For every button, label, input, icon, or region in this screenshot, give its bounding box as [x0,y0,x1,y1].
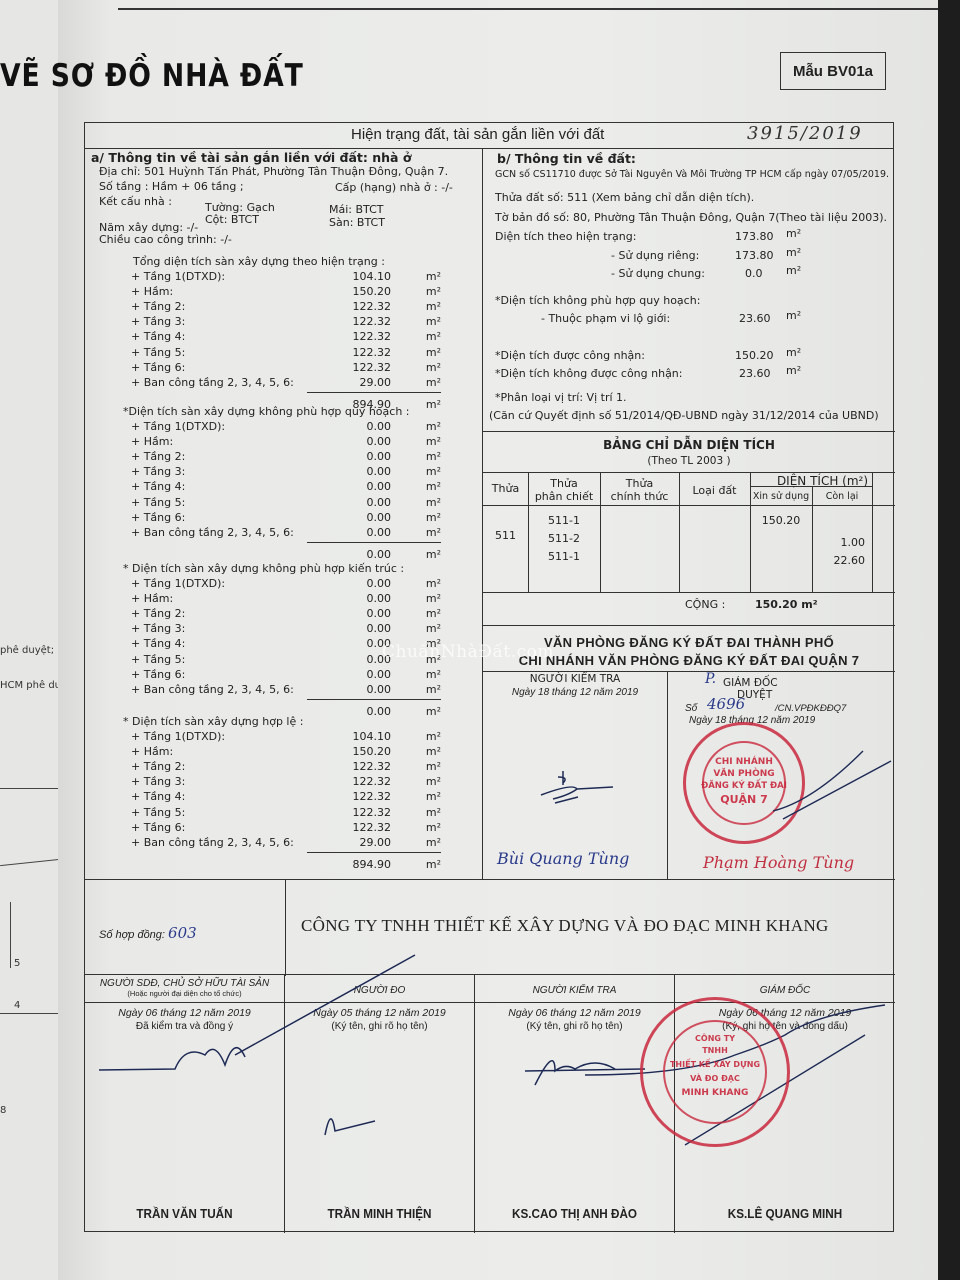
area-row: + Tầng 4:122.32m² [131,790,441,805]
area-total-value: 0.00 [367,705,392,718]
group-heading: Tổng diện tích sàn xây dựng theo hiện tr… [133,255,385,268]
area-row-label: + Tầng 6: [131,668,185,681]
unit: m² [426,346,441,359]
unit: m² [426,668,441,681]
unit: m² [426,858,441,871]
roof-material: Mái: BTCT [329,203,384,216]
area-row-label: + Hầm: [131,285,173,298]
area-row-label: + Tầng 2: [131,450,185,463]
area-row-label: + Tầng 1(DTXD): [131,730,225,743]
signer-name: KS.LÊ QUANG MINH [686,1206,884,1221]
area-row: + Ban công tầng 2, 3, 4, 5, 6:29.00m² [131,836,441,851]
cell-phan-chiet: 511-1 [528,514,600,527]
area-row: + Tầng 6:0.00m² [131,668,441,683]
area-row: + Ban công tầng 2, 3, 4, 5, 6:0.00m² [131,683,441,698]
divider [667,671,668,879]
plot-point-label: 8 [0,1105,6,1116]
unit: m² [426,730,441,743]
table-rule [750,472,751,592]
top-rule [118,8,948,10]
plot-point-label: 5 [14,958,20,969]
legal-basis: (Căn cứ Quyết định số 51/2014/QĐ-UBND ng… [489,409,879,422]
section-b-land-info: b/ Thông tin về đất: GCN số CS11710 được… [483,149,895,879]
area-row: + Tầng 6:122.32m² [131,821,441,836]
table-rule [483,505,895,506]
area-row: + Tầng 5:0.00m² [131,496,441,511]
area-row-label: + Tầng 5: [131,806,185,819]
area-row-value: 0.00 [367,577,392,590]
area-row-label: + Tầng 4: [131,790,185,803]
road-boundary-value: 23.60 [739,312,771,325]
unit: m² [426,285,441,298]
map-sheet: Tờ bản đồ số: 80, Phường Tân Thuận Đông,… [495,211,887,224]
area-row-value: 0.00 [367,526,392,539]
signer-name: TRẦN VĂN TUẤN [95,1206,274,1221]
area-row: + Tầng 2:122.32m² [131,300,441,315]
unit: m² [786,364,801,377]
area-total-value: 0.00 [367,548,392,561]
director-signature [753,731,893,831]
unit: m² [426,607,441,620]
area-row: + Tầng 4:0.00m² [131,480,441,495]
area-row-value: 122.32 [353,821,392,834]
table-title: BẢNG CHỈ DẪN DIỆN TÍCH [483,438,895,452]
group-heading: * Diện tích sàn xây dựng hợp lệ : [123,715,303,728]
plot-line [0,1013,60,1014]
contract-value: 603 [168,924,197,942]
form-code-box: Mẫu BV01a [780,52,886,90]
stamp-text: THIẾT KẾ XÂY DỰNG [643,1060,787,1069]
table-rule [872,472,873,592]
approval-suffix: /CN.VPĐKĐĐQ7 [775,703,846,714]
approval-no: 4696 [707,695,745,713]
table-subtitle: (Theo TL 2003 ) [483,455,895,467]
unit: m² [426,465,441,478]
area-row-value: 0.00 [367,511,392,524]
document-frame: Hiện trạng đất, tài sản gắn liền với đất… [84,122,894,1232]
building-height: Chiều cao công trình: -/- [99,233,232,246]
contract-number: Số hợp đồng: 603 [99,924,197,942]
area-row: + Hầm:0.00m² [131,592,441,607]
area-row-value: 122.32 [353,790,392,803]
unit: m² [426,330,441,343]
plot-point-label: 4 [14,1000,20,1011]
unit: m² [426,806,441,819]
stamp-text: TNHH [643,1046,787,1055]
header-title: Hiện trạng đất, tài sản gắn liền với đất [351,126,604,143]
floor-count: Số tầng : Hầm + 06 tầng ; [99,180,244,193]
stamp-text: MINH KHANG [643,1088,787,1098]
area-row-label: + Tầng 2: [131,607,185,620]
cell-con-lai: 22.60 [834,554,866,567]
floor-material: Sàn: BTCT [329,216,385,229]
area-row: + Tầng 1(DTXD):104.10m² [131,730,441,745]
area-row-label: + Tầng 6: [131,511,185,524]
area-row-label: + Ban công tầng 2, 3, 4, 5, 6: [131,526,294,539]
inspector-date: Ngày 18 tháng 12 năm 2019 [483,687,667,698]
unit: m² [426,683,441,696]
area-row-label: + Tầng 4: [131,637,185,650]
area-row: + Tầng 3:0.00m² [131,622,441,637]
position-class: *Phân loại vị trí: Vị trí 1. [495,391,627,404]
area-row: + Tầng 3:122.32m² [131,775,441,790]
area-row-label: + Tầng 3: [131,775,185,788]
area-row-value: 0.00 [367,607,392,620]
signer-name: KS.CAO THỊ ANH ĐÀO [485,1206,664,1221]
area-row-value: 122.32 [353,760,392,773]
area-row-label: + Tầng 6: [131,361,185,374]
stamp-text: VÀ ĐO ĐẠC [643,1074,787,1083]
area-row: + Tầng 2:0.00m² [131,607,441,622]
area-row-value: 122.32 [353,315,392,328]
inspector-name: Bùi Quang Tùng [497,849,629,868]
area-row-label: + Hầm: [131,745,173,758]
area-row-value: 122.32 [353,775,392,788]
cell-con-lai: 1.00 [841,536,866,549]
unit: m² [426,760,441,773]
not-plan-heading: *Diện tích không phù hợp quy hoạch: [495,294,700,307]
sum-rule [307,392,441,393]
group-heading: * Diện tích sàn xây dựng không phù hợp k… [123,562,404,575]
table-rule [483,592,895,593]
unit: m² [426,705,441,718]
unit: m² [426,622,441,635]
sum-rule [307,852,441,853]
director-name: Phạm Hoàng Tùng [703,853,854,872]
area-row: + Tầng 3:122.32m² [131,315,441,330]
unit: m² [426,511,441,524]
area-row-label: + Ban công tầng 2, 3, 4, 5, 6: [131,836,294,849]
area-row-value: 122.32 [353,361,392,374]
road-boundary-label: - Thuộc phạm vi lộ giới: [541,312,670,325]
area-private-value: 173.80 [735,249,774,262]
area-row-label: + Tầng 4: [131,330,185,343]
area-row-label: + Hầm: [131,592,173,605]
inspector-signature [533,769,623,809]
director-prefix: P. [705,671,716,687]
unit: m² [426,300,441,313]
area-row-value: 0.00 [367,683,392,696]
area-row: + Ban công tầng 2, 3, 4, 5, 6:29.00m² [131,376,441,391]
area-row: + Ban công tầng 2, 3, 4, 5, 6:0.00m² [131,526,441,541]
unit: m² [426,821,441,834]
document-title: VẼ SƠ ĐỒ NHÀ ĐẤT [0,58,304,94]
divider [483,671,895,672]
col-header-thua-phan-chiet-1: Thửa [528,477,600,490]
signature-table: NGƯỜI SDĐ, CHỦ SỞ HỮU TÀI SẢN(Hoặc người… [85,975,895,1233]
back-page-fragment: phê duyệt; [0,645,54,656]
area-shared-value: 0.0 [745,267,763,280]
company-name: CÔNG TY TNHH THIẾT KẾ XÂY DỰNG VÀ ĐO ĐẠC… [301,916,829,936]
parcel-number: Thửa đất số: 511 (Xem bảng chỉ dẫn diện … [495,191,754,204]
area-row: + Tầng 1(DTXD):0.00m² [131,577,441,592]
area-total-row: 0.00m² [131,548,441,563]
area-private-label: - Sử dụng riêng: [611,249,699,262]
area-row-value: 29.00 [360,836,392,849]
area-row-value: 122.32 [353,806,392,819]
area-row-value: 104.10 [353,730,392,743]
not-recognized-value: 23.60 [739,367,771,380]
area-row-value: 0.00 [367,420,392,433]
company-stamp: CÔNG TY TNHH THIẾT KẾ XÂY DỰNG VÀ ĐO ĐẠC… [640,997,790,1147]
area-current-label: Diện tích theo hiện trạng: [495,230,636,243]
approval-no-label: Số [685,703,697,714]
total-label: CỘNG : [685,598,725,611]
area-row: + Tầng 2:122.32m² [131,760,441,775]
area-row-label: + Tầng 5: [131,346,185,359]
area-row-value: 0.00 [367,450,392,463]
watermark: ChuẩnNhàĐất.com [382,642,554,662]
area-row-value: 0.00 [367,668,392,681]
unit: m² [786,246,801,259]
unit: m² [426,548,441,561]
area-row-label: + Tầng 1(DTXD): [131,420,225,433]
unit: m² [426,790,441,803]
area-row: + Tầng 4:122.32m² [131,330,441,345]
unit: m² [426,361,441,374]
area-row-value: 122.32 [353,330,392,343]
col-header-con-lai: Còn lại [812,491,872,502]
area-row: + Tầng 1(DTXD):0.00m² [131,420,441,435]
sum-rule [307,542,441,543]
unit: m² [426,592,441,605]
area-row-value: 104.10 [353,270,392,283]
column-material: Cột: BTCT [205,213,259,226]
area-row-label: + Ban công tầng 2, 3, 4, 5, 6: [131,683,294,696]
area-row: + Tầng 5:122.32m² [131,346,441,361]
col-header-thua-chinh-thuc-1: Thửa [600,477,679,490]
unit: m² [786,227,801,240]
director-role: GIÁM ĐỐC [723,677,778,689]
cell-phan-chiet: 511-2 [528,532,600,545]
section-a-heading: a/ Thông tin về tài sản gắn liền với đất… [91,150,411,165]
contract-label: Số hợp đồng: [99,929,165,941]
unit: m² [426,315,441,328]
sum-rule [307,699,441,700]
cell-xin-su-dung: 150.20 [750,514,812,527]
col-header-xin-su-dung: Xin sử dụng [750,491,812,502]
stamp-text: CÔNG TY [643,1034,787,1043]
certificate-info: GCN số CS11710 được Sở Tài Nguyên Và Môi… [495,169,889,180]
col-header-dien-tich: DIỆN TÍCH (m²) [750,474,895,488]
unit: m² [786,309,801,322]
area-row: + Tầng 3:0.00m² [131,465,441,480]
structure-label: Kết cấu nhà : [99,195,172,208]
area-row-label: + Tầng 2: [131,760,185,773]
area-row-label: + Tầng 4: [131,480,185,493]
area-row-value: 0.00 [367,622,392,635]
area-row-value: 0.00 [367,435,392,448]
area-row-value: 150.20 [353,285,392,298]
area-row: + Tầng 2:0.00m² [131,450,441,465]
area-row-label: + Tầng 3: [131,465,185,478]
area-row-value: 0.00 [367,480,392,493]
area-row-label: + Tầng 1(DTXD): [131,270,225,283]
handwritten-number: 3915/2019 [747,123,863,144]
area-row-label: + Tầng 3: [131,315,185,328]
section-header: Hiện trạng đất, tài sản gắn liền với đất… [85,123,893,149]
area-row: + Tầng 5:122.32m² [131,806,441,821]
area-row-value: 29.00 [360,376,392,389]
table-rule [483,472,895,473]
unit: m² [426,435,441,448]
col-header-thua: Thửa [483,482,528,495]
area-row: + Hầm:150.20m² [131,285,441,300]
unit: m² [426,836,441,849]
unit: m² [426,480,441,493]
unit: m² [426,450,441,463]
total-value: 150.20 m² [755,598,818,611]
recognized-value: 150.20 [735,349,774,362]
plot-line [0,859,60,866]
unit: m² [426,420,441,433]
unit: m² [426,376,441,389]
area-row: + Hầm:0.00m² [131,435,441,450]
area-row-label: + Tầng 2: [131,300,185,313]
unit: m² [786,346,801,359]
recognized-label: *Diện tích được công nhận: [495,349,645,362]
section-b-heading: b/ Thông tin về đất: [497,151,636,166]
area-row-label: + Tầng 1(DTXD): [131,577,225,590]
unit: m² [426,270,441,283]
area-row: + Tầng 1(DTXD):104.10m² [131,270,441,285]
col-header-thua-phan-chiet-2: phân chiết [528,490,600,503]
area-row-value: 0.00 [367,592,392,605]
area-row-label: + Tầng 6: [131,821,185,834]
area-row: + Tầng 6:122.32m² [131,361,441,376]
plot-line [10,902,11,968]
house-grade: Cấp (hạng) nhà ở : -/- [335,181,453,194]
area-row-label: + Hầm: [131,435,173,448]
unit: m² [786,264,801,277]
area-row-value: 0.00 [367,496,392,509]
area-index-table: BẢNG CHỈ DẪN DIỆN TÍCH (Theo TL 2003 ) T… [483,431,895,619]
area-row-label: + Tầng 3: [131,622,185,635]
area-shared-label: - Sử dụng chung: [611,267,705,280]
area-row-label: + Ban công tầng 2, 3, 4, 5, 6: [131,376,294,389]
unit: m² [426,745,441,758]
area-row-value: 150.20 [353,745,392,758]
inspector-role: NGƯỜI KIỂM TRA [483,673,667,685]
unit: m² [426,577,441,590]
unit: m² [426,496,441,509]
unit: m² [426,398,441,411]
area-row-label: + Tầng 5: [131,653,185,666]
area-current-value: 173.80 [735,230,774,243]
parcel-cell: 511 [483,529,528,542]
signer-name: TRẦN MINH THIỆN [294,1206,464,1221]
area-total-row: 894.90m² [131,858,441,873]
dark-background [938,0,960,1280]
unit: m² [426,775,441,788]
area-row: + Tầng 6:0.00m² [131,511,441,526]
cell-phan-chiet: 511-1 [528,550,600,563]
group-heading: *Diện tích sàn xây dựng không phù hợp qu… [123,405,410,418]
area-row-value: 122.32 [353,300,392,313]
area-row-value: 0.00 [367,465,392,478]
section-a-property-info: a/ Thông tin về tài sản gắn liền với đất… [85,149,483,879]
area-row: + Hầm:150.20m² [131,745,441,760]
not-recognized-label: *Diện tích không được công nhận: [495,367,683,380]
col-header-thua-chinh-thuc-2: chính thức [600,490,679,503]
col-header-loai-dat: Loại đất [679,484,750,497]
area-row-value: 122.32 [353,346,392,359]
unit: m² [426,526,441,539]
address: Địa chỉ: 501 Huỳnh Tấn Phát, Phường Tân … [99,165,448,178]
area-row-label: + Tầng 5: [131,496,185,509]
divider [483,625,895,626]
area-total-value: 894.90 [353,858,392,871]
